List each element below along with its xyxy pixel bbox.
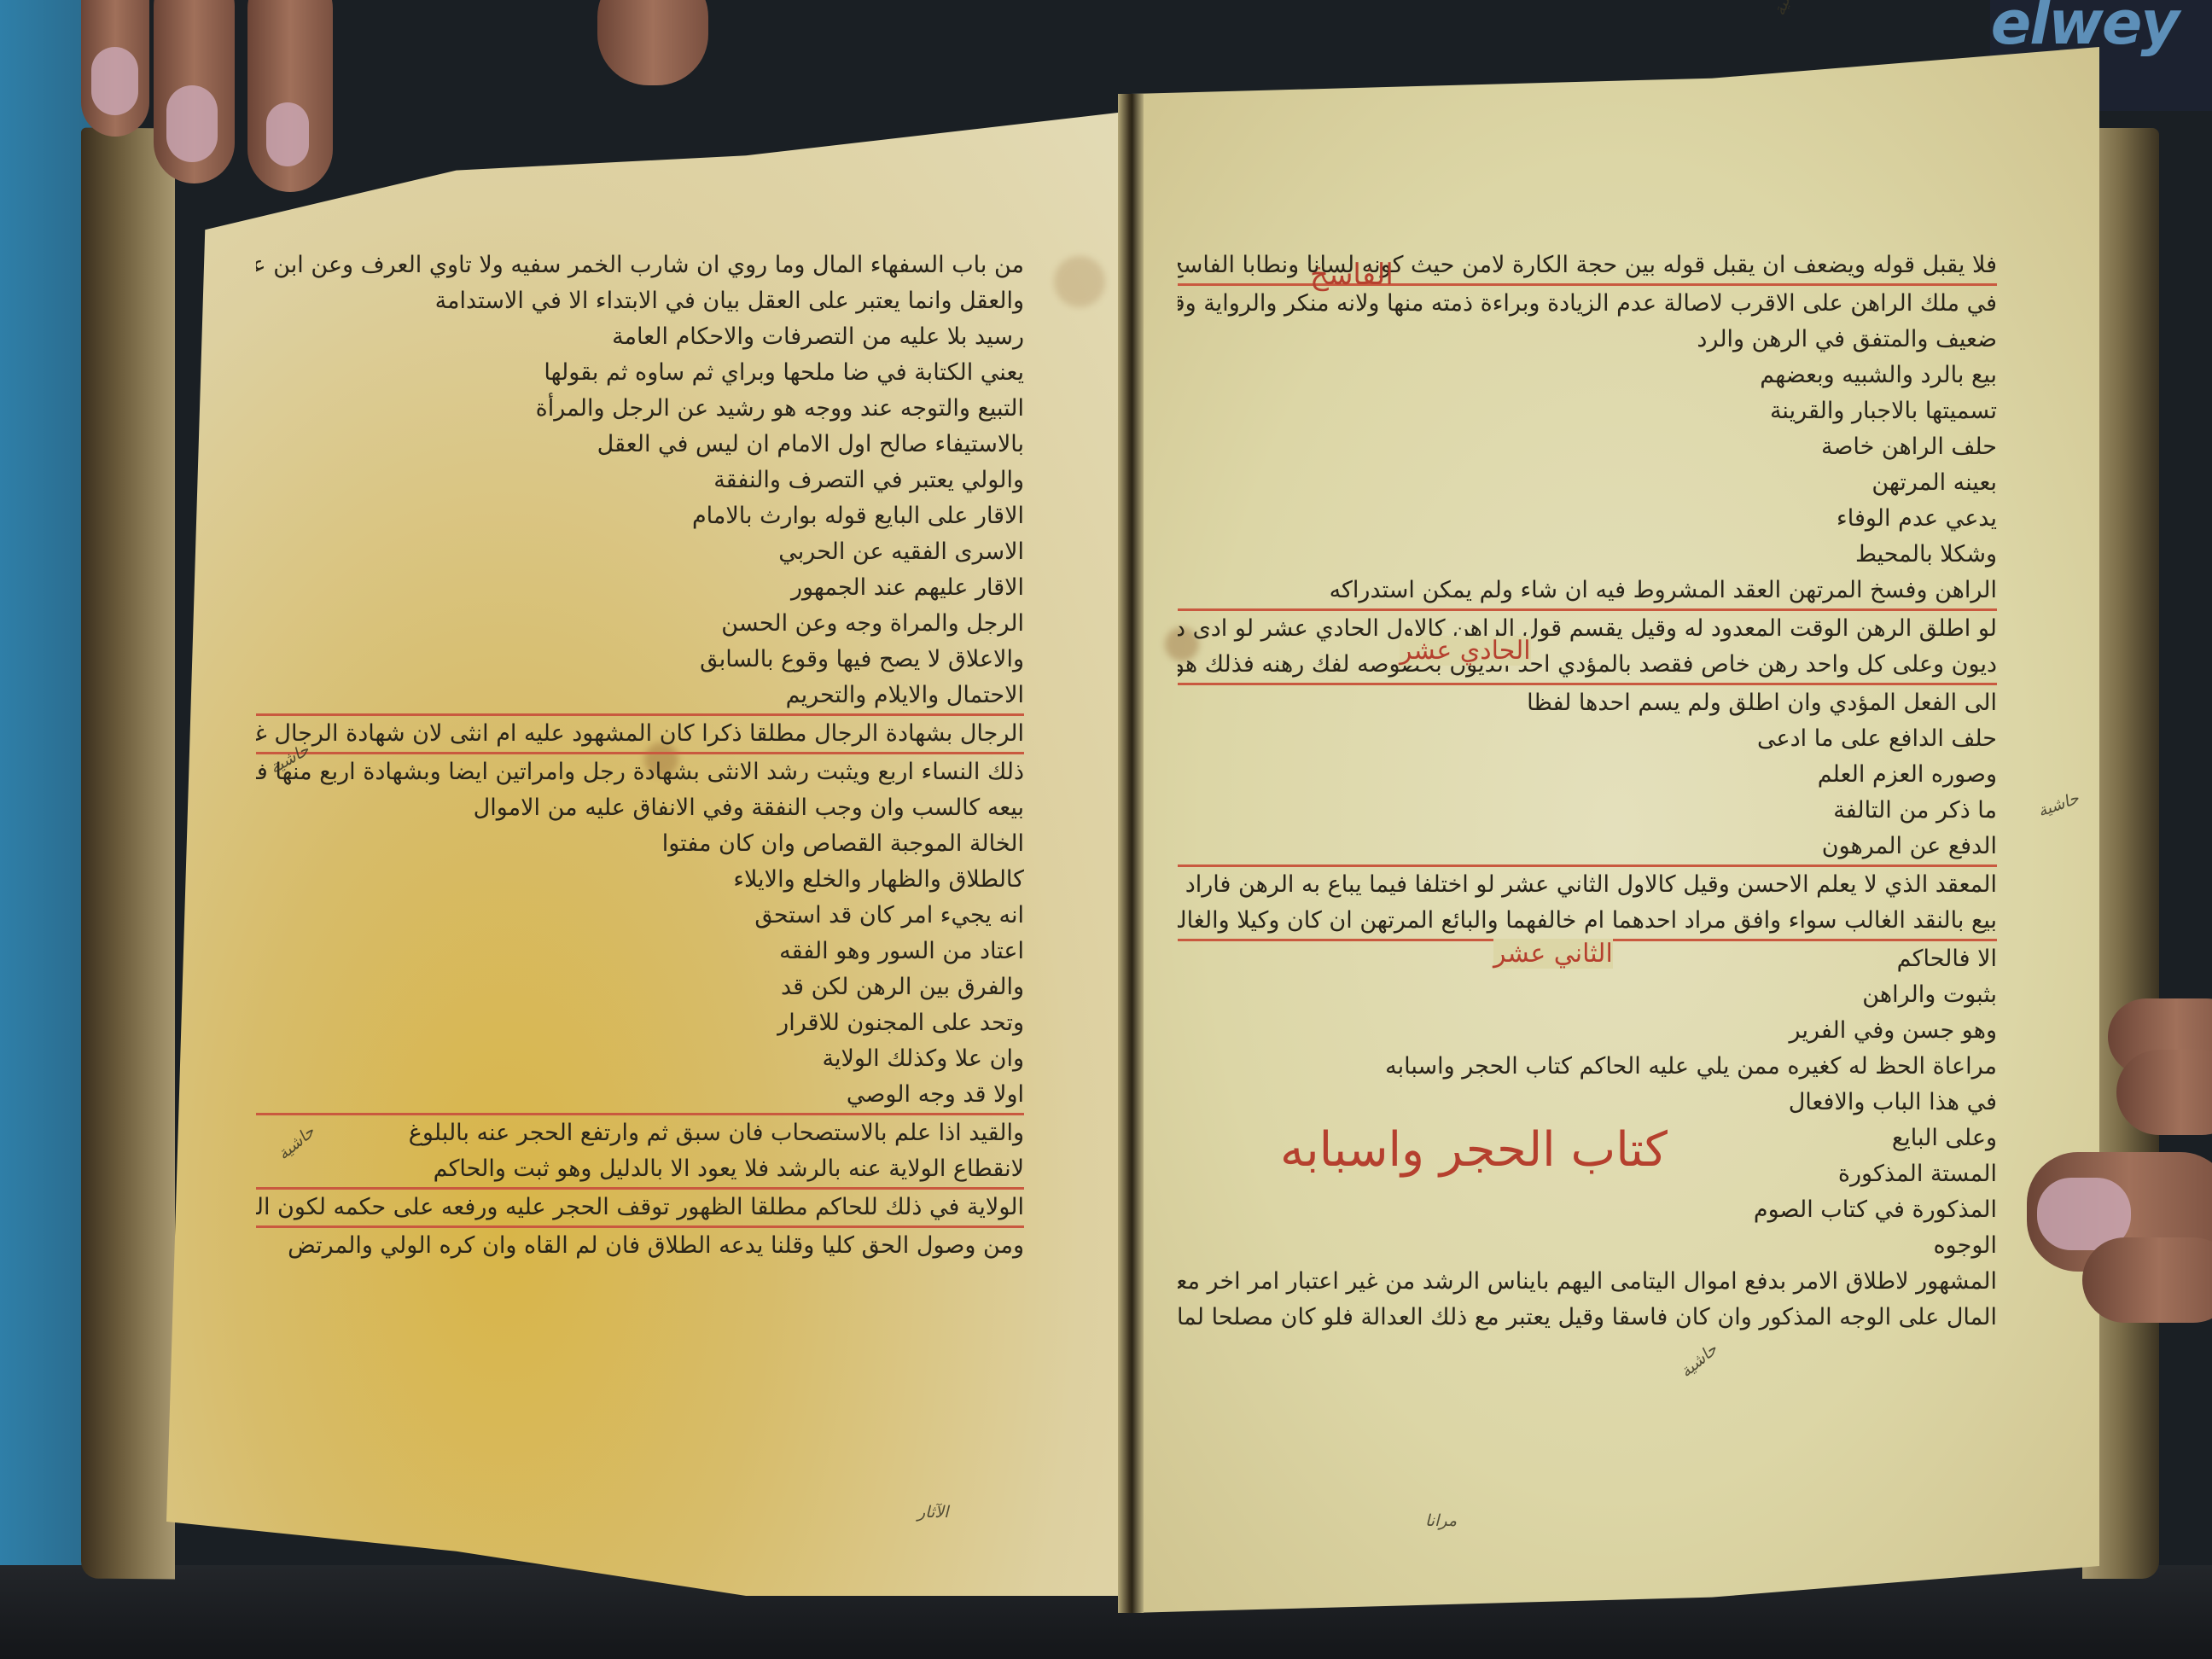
text-line: بثبوت والراهن	[1178, 977, 1997, 1013]
finger	[154, 0, 235, 183]
text-line: وهو جسن وفي الفرير	[1178, 1013, 1997, 1049]
text-line: وان علا وكذلك الولاية	[256, 1041, 1024, 1077]
text-line: ومن وصول الحق كليا وقلنا يدعه الطلاق فان…	[256, 1225, 1024, 1264]
text-line: الخالة الموجبة القصاص وان كان مفتوا	[256, 826, 1024, 862]
left-page-stack	[81, 128, 175, 1580]
text-line: الاسرى الفقيه عن الحربي	[256, 534, 1024, 570]
text-line: الولاية في ذلك للحاكم مطلقا الظهور توقف …	[256, 1187, 1024, 1225]
text-line: اعتاد من السور وهو الفقه	[256, 934, 1024, 969]
text-line: يعني الكتابة في ضا ملحها وبراي ثم ساوه ث…	[256, 355, 1024, 391]
ink-stain	[1054, 256, 1105, 307]
finger	[2082, 1237, 2212, 1323]
text-line: الرجال بشهادة الرجال مطلقا ذكرا كان المش…	[256, 713, 1024, 752]
margin-note: الآثار	[917, 1502, 948, 1522]
fingernail	[266, 102, 309, 166]
text-line: المال على الوجه المذكور وان كان فاسقا وق…	[1178, 1300, 1997, 1336]
text-line: في هذا الباب والافعال	[1178, 1085, 1997, 1121]
rubric-fasikh: الفاسخ	[1310, 258, 1394, 292]
text-line: انه يجيء امر كان قد استحق	[256, 898, 1024, 934]
text-line: المشهور لاطلاق الامر بدفع اموال اليتامى …	[1178, 1264, 1997, 1300]
chapter-heading: كتاب الحجر واسبابه	[1280, 1122, 1668, 1178]
text-line: والعقل وانما يعتبر على العقل بيان في الا…	[256, 283, 1024, 319]
book-gutter	[1118, 94, 1144, 1613]
finger	[597, 0, 708, 85]
text-line: ذلك النساء اربع ويثبت رشد الانثى بشهادة …	[256, 752, 1024, 790]
text-line: والقيد اذا علم بالاستصحاب فان سبق ثم وار…	[256, 1113, 1024, 1151]
rubric-eleventh: الحادي عشر	[1400, 636, 1531, 666]
blue-background	[0, 0, 94, 1659]
text-line: بيعه كالسب وان وجب النفقة وفي الانفاق عل…	[256, 790, 1024, 826]
text-line: التبيع والتوجه عند ووجه هو رشيد عن الرجل…	[256, 391, 1024, 427]
finger	[2116, 1050, 2212, 1135]
text-line: مراعاة الحظ له كغيره ممن يلي عليه الحاكم…	[1178, 1049, 1997, 1085]
text-line: الاقار عليهم عند الجمهور	[256, 570, 1024, 606]
text-line: فلا يقبل قوله ويضعف ان يقبل قوله بين حجة…	[1178, 247, 1997, 283]
text-line: الدفع عن المرهون	[1178, 829, 1997, 864]
text-line: وصوره العزم العلم	[1178, 757, 1997, 793]
margin-note: مرانا	[1425, 1511, 1457, 1531]
text-line: حلف الراهن خاصة	[1178, 429, 1997, 465]
text-line: بيع بالنقد الغالب سواء وافق مراد احدهما …	[1178, 903, 1997, 939]
text-line: في ملك الراهن على الاقرب لاصالة عدم الزي…	[1178, 283, 1997, 322]
text-line: الاحتمال والايلام والتحريم	[256, 678, 1024, 713]
text-line: رسيد بلا عليه من التصرفات والاحكام العام…	[256, 319, 1024, 355]
text-line: والولي يعتبر في التصرف والنفقة	[256, 463, 1024, 498]
text-line: الرجل والمراة وجه وعن الحسن	[256, 606, 1024, 642]
finger	[247, 0, 333, 192]
text-line: وتحد على المجنون للاقرار	[256, 1005, 1024, 1041]
left-page-text: من باب السفهاء المال وما روي ان شارب الخ…	[256, 247, 1024, 1264]
text-line-content: فلا يقبل قوله ويضعف ان يقبل قوله بين حجة…	[1178, 252, 1997, 278]
finger	[81, 0, 149, 137]
text-line: وشكلا بالمحيط	[1178, 537, 1997, 573]
text-line: ما ذكر من التالفة	[1178, 793, 1997, 829]
text-line: من باب السفهاء المال وما روي ان شارب الخ…	[256, 247, 1024, 283]
fingernail	[91, 47, 138, 115]
text-line: حلف الدافع على ما ادعى	[1178, 721, 1997, 757]
text-line: والفرق بين الرهن لكن قد	[256, 969, 1024, 1005]
text-line: تسميتها بالاجبار والقرينة	[1178, 393, 1997, 429]
text-line: بعينه المرتهن	[1178, 465, 1997, 501]
text-line: اولا قد وجه الوصي	[256, 1077, 1024, 1113]
text-line: الى الفعل المؤدي وان اطلق ولم يسم احدها …	[1178, 683, 1997, 721]
text-line: المذكورة في كتاب الصوم	[1178, 1192, 1997, 1228]
text-line: بيع بالرد والشبيه وبعضهم	[1178, 358, 1997, 393]
text-line: ضعيف والمتفق في الرهن والرد	[1178, 322, 1997, 358]
text-line: كالطلاق والظهار والخلع والايلاء	[256, 862, 1024, 898]
text-line: ديون وعلى كل واحد رهن خاص فقصد بالمؤدي ا…	[1178, 647, 1997, 683]
fingernail	[166, 85, 218, 162]
text-line: لانقطاع الولاية عنه بالرشد فلا يعود الا …	[256, 1151, 1024, 1187]
text-line: الراهن وفسخ المرتهن العقد المشروط فيه ان…	[1178, 573, 1997, 608]
text-line: المعقد الذي لا يعلم الاحسن وقيل كالاول ا…	[1178, 864, 1997, 903]
text-line: والاعلاق لا يصح فيها وقوع بالسابق	[256, 642, 1024, 678]
text-line: لو اطلق الرهن الوقت المعدود له وقيل يقسم…	[1178, 608, 1997, 647]
text-line: الاقار على البايع قوله بوارث بالامام	[256, 498, 1024, 534]
text-line: الوجوه	[1178, 1228, 1997, 1264]
text-line: يدعي عدم الوفاء	[1178, 501, 1997, 537]
text-line: بالاستيفاء صالح اول الامام ان ليس في الع…	[256, 427, 1024, 463]
rubric-twelfth: الثاني عشر	[1493, 939, 1613, 969]
